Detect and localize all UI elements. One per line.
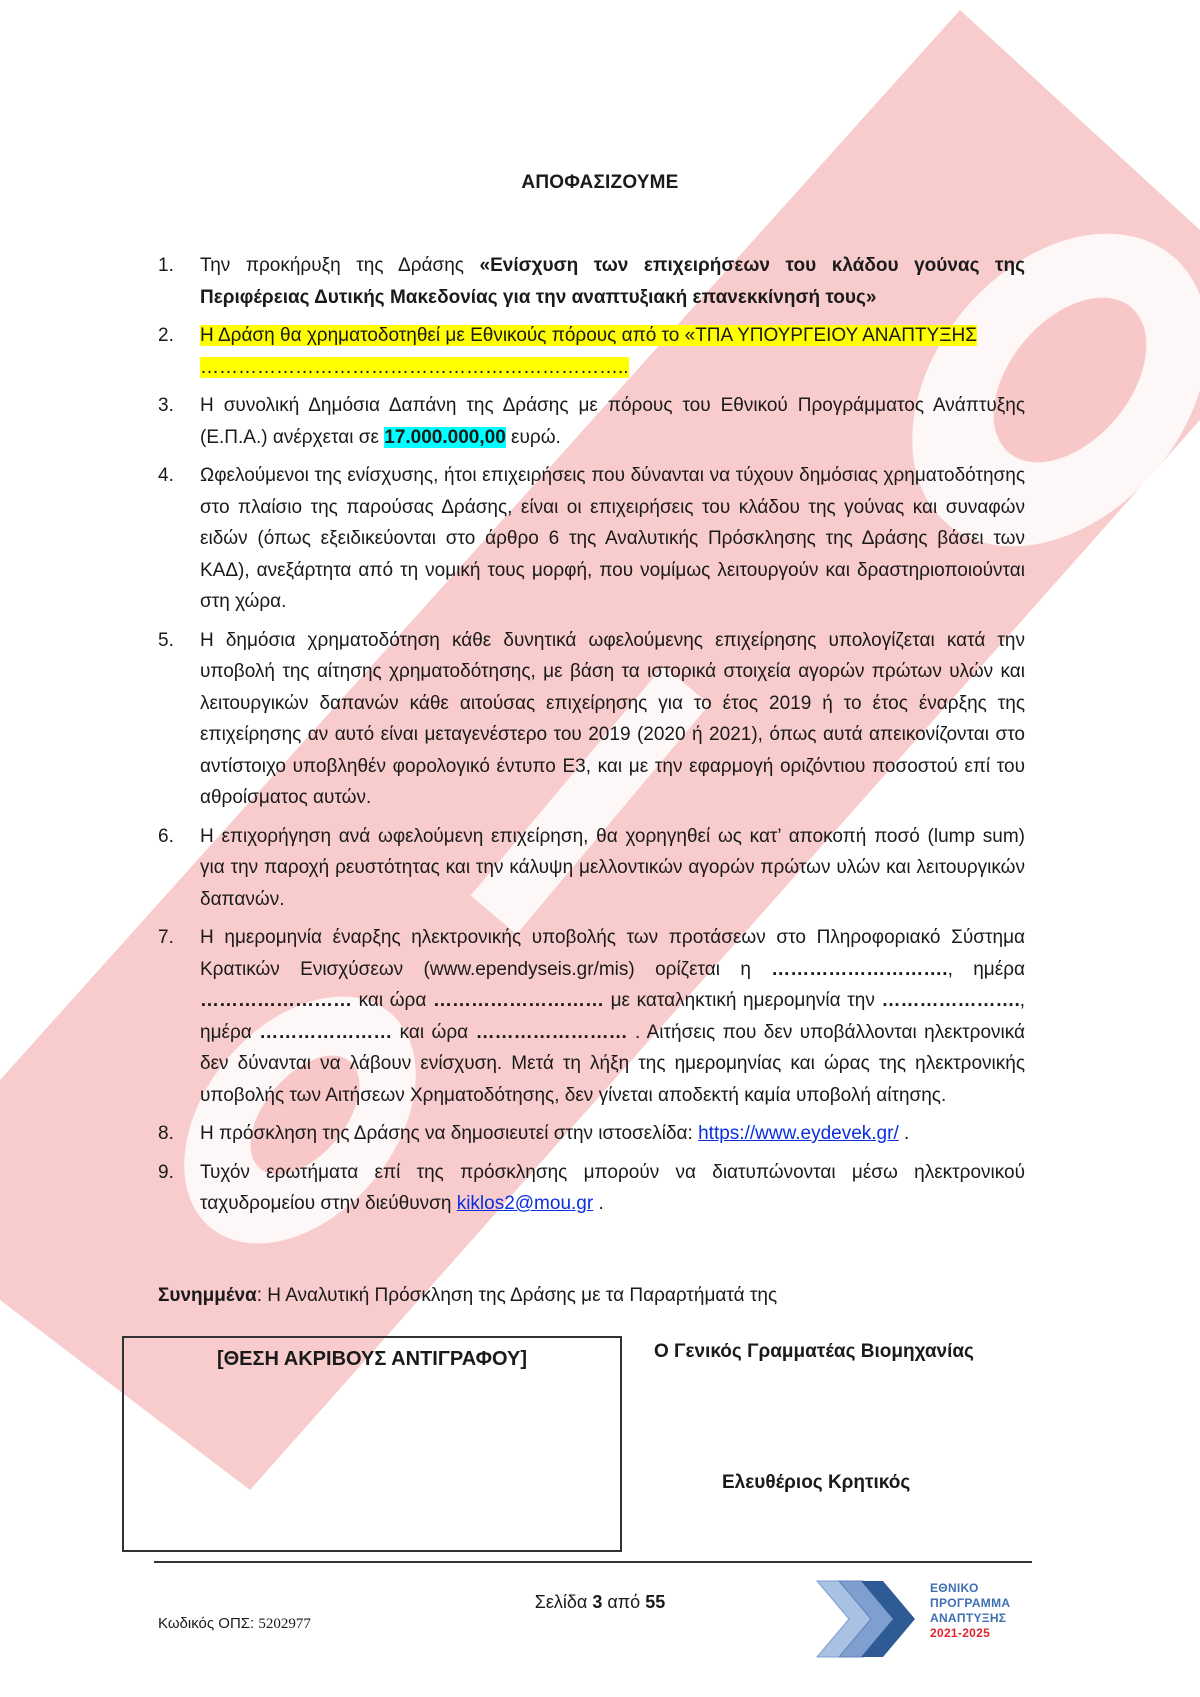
item-number: 8. bbox=[158, 1118, 174, 1150]
footer-divider bbox=[154, 1561, 1032, 1563]
attachments-text: : Η Αναλυτική Πρόσκληση της Δράσης με τα… bbox=[257, 1285, 777, 1306]
item-text: ευρώ. bbox=[506, 427, 561, 448]
item-text: Η δημόσια χρηματοδότηση κάθε δυνητικά ωφ… bbox=[200, 630, 1025, 809]
blank-end-date: …………………. bbox=[881, 990, 1019, 1011]
page-label: Σελίδα bbox=[535, 1592, 593, 1612]
highlighted-funding-text: Η Δράση θα χρηματοδοτηθεί με Εθνικούς πό… bbox=[200, 325, 977, 346]
logo-line-1: ΕΘΝΙΚΟ bbox=[930, 1581, 1010, 1596]
list-item: 4. Ωφελούμενοι της ενίσχυσης, ήτοι επιχε… bbox=[150, 460, 1025, 618]
item-text: Τυχόν ερωτήματα επί της πρόσκλησης μπορο… bbox=[200, 1162, 1025, 1215]
chevrons-logo-icon bbox=[815, 1577, 925, 1661]
list-item: 1. Την προκήρυξη της Δράσης «Ενίσχυση τω… bbox=[150, 250, 1025, 313]
signatory-name: Ελευθέριος Κρητικός bbox=[722, 1472, 910, 1494]
document-page: ΑΠΟΦΑΣΙΖΟΥΜΕ 1. Την προκήρυξη της Δράσης… bbox=[0, 0, 1200, 1697]
blank-end-time: …………………… bbox=[476, 1022, 628, 1043]
logo-line-2: ΠΡΟΓΡΑΜΜΑ bbox=[930, 1596, 1010, 1611]
item-number: 7. bbox=[158, 922, 174, 954]
decision-list: 1. Την προκήρυξη της Δράσης «Ενίσχυση τω… bbox=[150, 250, 1025, 1227]
list-item: 7. Η ημερομηνία έναρξης ηλεκτρονικής υπο… bbox=[150, 922, 1025, 1111]
website-link[interactable]: https://www.eydevek.gr/ bbox=[698, 1123, 899, 1144]
highlighted-placeholder: ………………………………………………………….. bbox=[200, 357, 629, 378]
item-number: 6. bbox=[158, 821, 174, 853]
item-text: και ώρα bbox=[352, 990, 433, 1011]
item-number: 5. bbox=[158, 625, 174, 657]
page-of: από bbox=[602, 1592, 645, 1612]
list-item: 5. Η δημόσια χρηματοδότηση κάθε δυνητικά… bbox=[150, 625, 1025, 814]
current-page: 3 bbox=[592, 1592, 602, 1612]
national-development-program-logo: ΕΘΝΙΚΟ ΠΡΟΓΡΑΜΜΑ ΑΝΑΠΤΥΞΗΣ 2021-2025 bbox=[815, 1577, 1035, 1661]
item-text: Η πρόσκληση της Δράσης να δημοσιευτεί στ… bbox=[200, 1123, 698, 1144]
item-text: Την προκήρυξη της Δράσης bbox=[200, 255, 480, 276]
list-item: 6. Η επιχορήγηση ανά ωφελούμενη επιχείρη… bbox=[150, 821, 1025, 916]
blank-start-day: …………………… bbox=[200, 990, 352, 1011]
attachments-line: Συνημμένα: Η Αναλυτική Πρόσκληση της Δρά… bbox=[158, 1285, 777, 1307]
ops-code: Κωδικός ΟΠΣ: 5202977 bbox=[158, 1615, 311, 1633]
item-text: Ωφελούμενοι της ενίσχυσης, ήτοι επιχειρή… bbox=[200, 465, 1025, 612]
item-number: 2. bbox=[158, 320, 174, 352]
item-text: Η συνολική Δημόσια Δαπάνη της Δράσης με … bbox=[200, 395, 1025, 448]
blank-start-date: ………………………. bbox=[771, 959, 947, 980]
item-text: . bbox=[899, 1123, 910, 1144]
list-item: 9. Τυχόν ερωτήματα επί της πρόσκλησης μπ… bbox=[150, 1157, 1025, 1220]
blank-start-time: ……………………… bbox=[433, 990, 604, 1011]
item-number: 9. bbox=[158, 1157, 174, 1189]
blank-end-day: ………………… bbox=[259, 1022, 392, 1043]
item-text: Η επιχορήγηση ανά ωφελούμενη επιχείρηση,… bbox=[200, 826, 1025, 910]
logo-line-3: ΑΝΑΠΤΥΞΗΣ bbox=[930, 1611, 1010, 1626]
item-number: 4. bbox=[158, 460, 174, 492]
signatory-title: Ο Γενικός Γραμματέας Βιομηχανίας bbox=[654, 1341, 974, 1363]
logo-years: 2021-2025 bbox=[930, 1626, 1010, 1641]
decision-heading: ΑΠΟΦΑΣΙΖΟΥΜΕ bbox=[0, 172, 1200, 194]
item-text: και ώρα bbox=[392, 1022, 475, 1043]
list-item: 2. Η Δράση θα χρηματοδοτηθεί με Εθνικούς… bbox=[150, 320, 1025, 383]
total-pages: 55 bbox=[645, 1592, 665, 1612]
ops-label: Κωδικός ΟΠΣ: bbox=[158, 1615, 258, 1632]
item-text: . bbox=[593, 1193, 604, 1214]
item-text: , ημέρα bbox=[948, 959, 1025, 980]
list-item: 3. Η συνολική Δημόσια Δαπάνη της Δράσης … bbox=[150, 390, 1025, 453]
item-text: με καταληκτική ημερομηνία την bbox=[604, 990, 882, 1011]
item-number: 1. bbox=[158, 250, 174, 282]
email-link[interactable]: kiklos2@mou.gr bbox=[457, 1193, 594, 1214]
budget-amount: 17.000.000,00 bbox=[384, 427, 506, 448]
exact-copy-box: [ΘΕΣΗ ΑΚΡΙΒΟΥΣ ΑΝΤΙΓΡΑΦΟΥ] bbox=[122, 1336, 622, 1552]
list-item: 8. Η πρόσκληση της Δράσης να δημοσιευτεί… bbox=[150, 1118, 1025, 1150]
attachments-label: Συνημμένα bbox=[158, 1285, 257, 1306]
item-number: 3. bbox=[158, 390, 174, 422]
logo-text: ΕΘΝΙΚΟ ΠΡΟΓΡΑΜΜΑ ΑΝΑΠΤΥΞΗΣ 2021-2025 bbox=[930, 1581, 1010, 1641]
exact-copy-label: [ΘΕΣΗ ΑΚΡΙΒΟΥΣ ΑΝΤΙΓΡΑΦΟΥ] bbox=[124, 1348, 620, 1371]
ops-value: 5202977 bbox=[258, 1616, 311, 1632]
